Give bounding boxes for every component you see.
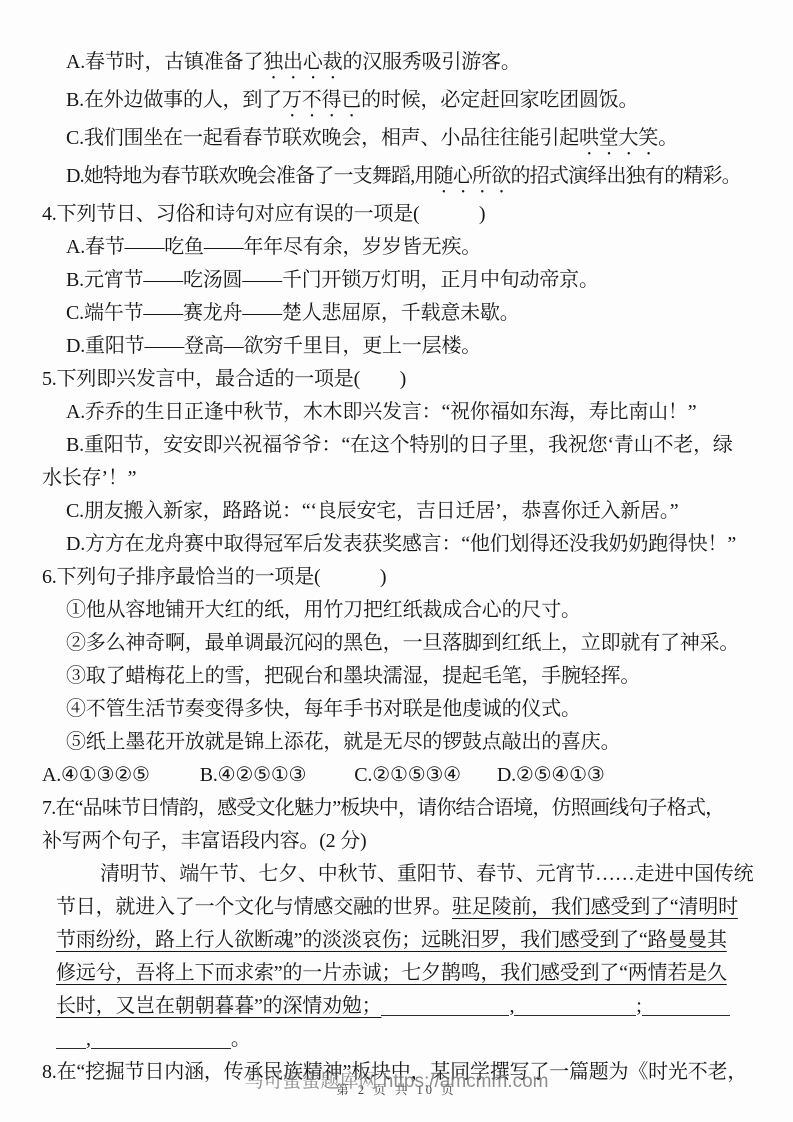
q6-sentence-2: ②多么神奇啊，最单调最沉闷的黑色，一旦落脚到红纸上，立即就有了神采。 [42, 627, 773, 660]
text-segment: ④不管生活节奏变得多快，每年手书对联是他虔诚的仪式。 [66, 698, 581, 720]
text-segment: 7.在“品味节日情韵，感受文化魅力”板块中，请你结合语境，仿照画线句子格式， [42, 797, 724, 819]
q4-stem: 4.下列节日、习俗和诗句对应有误的一项是( ) [42, 198, 773, 231]
text-segment: 4.下列节日、习俗和诗句对应有误的一项是( ) [42, 203, 485, 225]
underlined-text: 长时，又岂在朝朝暮暮”的深情劝勉； [56, 995, 381, 1017]
text-segment: 水长存’！” [42, 467, 136, 489]
text-segment: C.我们围坐在一起看春节联欢晚会，相声、小品往往能引起 [66, 127, 579, 149]
text-segment: 的招式演绎出独有的精彩。 [510, 165, 740, 187]
text-segment: A.乔乔的生日正逢中秋节，木木即兴发言：“祝你福如东海，寿比南山！” [66, 401, 696, 423]
text-segment: B.在外边做事的人，到了 [66, 89, 282, 111]
emphasized-text: 哄堂大笑 [579, 127, 658, 149]
answer-blank [91, 1029, 231, 1049]
emphasized-text: 随心所欲 [434, 165, 511, 187]
answer-blank [642, 996, 730, 1016]
answer-blank [381, 996, 509, 1016]
text-segment: 5.下列即兴发言中，最合适的一项是( ) [42, 368, 406, 390]
q7-paragraph-line-1: 清明节、端午节、七夕、中秋节、重阳节、春节、元宵节……走进中国传统 [42, 858, 773, 891]
emphasized-text: 万不得已 [282, 89, 361, 111]
text-segment: B.重阳节，安安即兴祝福爷爷：“在这个特别的日子里，我祝您‘青山不老，绿 [66, 434, 733, 456]
q7-stem-2: 补写两个句子，丰富语段内容。(2 分) [42, 825, 773, 858]
text-segment: A.春节时，古镇准备了 [66, 51, 263, 73]
q7-paragraph-line-4: 修远兮，吾将上下而求索”的一片赤诚；七夕鹊鸣，我们感受到了“两情若是久 [42, 957, 773, 990]
prev-question-option-b: B.在外边做事的人，到了万不得已的时候，必定赶回家吃团圆饭。 [42, 84, 773, 122]
text-segment: ③取了蜡梅花上的雪，把砚台和墨块濡湿，提起毛笔，手腕轻挥。 [66, 665, 640, 687]
q6-choices: A.④①③②⑤B.④②⑤①③C.②①⑤③④D.②⑤④①③ [42, 759, 773, 792]
answer-blank [56, 1029, 86, 1049]
emphasized-text: 独出心裁 [263, 51, 342, 73]
q7-paragraph-line-2: 节日，就进入了一个文化与情感交融的世界。驻足陵前，我们感受到了“清明时 [42, 891, 773, 924]
text-segment: 节日，就进入了一个文化与情感交融的世界。 [56, 896, 452, 918]
q5-option-b: B.重阳节，安安即兴祝福爷爷：“在这个特别的日子里，我祝您‘青山不老，绿 [42, 429, 773, 462]
prev-question-option-a: A.春节时，古镇准备了独出心裁的汉服秀吸引游客。 [42, 46, 773, 84]
exam-content: A.春节时，古镇准备了独出心裁的汉服秀吸引游客。B.在外边做事的人，到了万不得已… [42, 46, 773, 1089]
text-segment: B.④②⑤①③ [200, 764, 307, 786]
text-segment: D.方方在龙舟赛中取得冠军后发表获奖感言：“他们划得还没我奶奶跑得快！” [66, 533, 736, 555]
q6-stem: 6.下列句子排序最恰当的一项是( ) [42, 561, 773, 594]
text-segment: ⑤纸上墨花开放就是锦上添花，就是无尽的锣鼓点敲出的喜庆。 [66, 731, 620, 753]
text-segment: 的汉服秀吸引游客。 [342, 51, 520, 73]
text-segment: A.④①③②⑤ [42, 764, 150, 786]
text-segment: C.端午节——赛龙舟——楚人悲屈原，千载意未歇。 [66, 302, 520, 324]
text-segment: ②多么神奇啊，最单调最沉闷的黑色，一旦落脚到红纸上，立即就有了神采。 [66, 632, 739, 654]
q4-option-b: B.元宵节——吃汤圆——千门开锁万灯明，正月中旬动帝京。 [42, 264, 773, 297]
q7-stem-1: 7.在“品味节日情韵，感受文化魅力”板块中，请你结合语境，仿照画线句子格式， [42, 792, 773, 825]
q6-sentence-1: ①他从容地铺开大红的纸，用竹刀把红纸裁成合心的尺寸。 [42, 594, 773, 627]
q7-paragraph-line-3: 节雨纷纷，路上行人欲断魂”的淡淡哀伤；远眺汨罗，我们感受到了“路曼曼其 [42, 924, 773, 957]
text-segment: C.朋友搬入新家，路路说：“‘良辰安宅，吉日迁居’，恭喜你迁入新居。” [66, 500, 678, 522]
q5-option-b-cont: 水长存’！” [42, 462, 773, 495]
text-segment: D.她特地为春节联欢晚会准备了一支舞蹈,用 [66, 165, 434, 187]
q4-option-d: D.重阳节——登高—欲穷千里目，更上一层楼。 [42, 330, 773, 363]
prev-question-option-c: C.我们围坐在一起看春节联欢晚会，相声、小品往往能引起哄堂大笑。 [42, 122, 773, 160]
q5-stem: 5.下列即兴发言中，最合适的一项是( ) [42, 363, 773, 396]
text-segment: ①他从容地铺开大红的纸，用竹刀把红纸裁成合心的尺寸。 [66, 599, 581, 621]
text-segment: D.重阳节——登高—欲穷千里目，更上一层楼。 [66, 335, 481, 357]
q4-option-c: C.端午节——赛龙舟——楚人悲屈原，千载意未歇。 [42, 297, 773, 330]
q5-option-a: A.乔乔的生日正逢中秋节，木木即兴发言：“祝你福如东海，寿比南山！” [42, 396, 773, 429]
q7-paragraph-line-5: 长时，又岂在朝朝暮暮”的深情劝勉；,; [42, 990, 773, 1023]
q7-paragraph-line-6: ,。 [42, 1023, 773, 1056]
watermark: 马可蜜蜜题库网 https://amcmm.com [0, 1066, 793, 1093]
prev-question-option-d: D.她特地为春节联欢晚会准备了一支舞蹈,用随心所欲的招式演绎出独有的精彩。 [42, 160, 773, 198]
text-segment: 。 [658, 127, 678, 149]
text-segment: 。 [231, 1028, 251, 1050]
q6-sentence-4: ④不管生活节奏变得多快，每年手书对联是他虔诚的仪式。 [42, 693, 773, 726]
text-segment: C.②①⑤③④ [354, 764, 461, 786]
text-segment: 的时候，必定赶回家吃团圆饭。 [361, 89, 638, 111]
underlined-text: 驻足陵前，我们感受到了“清明时 [452, 896, 738, 918]
underlined-text: 节雨纷纷，路上行人欲断魂”的淡淡哀伤；远眺汨罗，我们感受到了“路曼曼其 [56, 929, 727, 951]
text-segment: 补写两个句子，丰富语段内容。(2 分) [42, 830, 367, 852]
text-segment: B.元宵节——吃汤圆——千门开锁万灯明，正月中旬动帝京。 [66, 269, 599, 291]
q5-option-c: C.朋友搬入新家，路路说：“‘良辰安宅，吉日迁居’，恭喜你迁入新居。” [42, 495, 773, 528]
text-segment: 6.下列句子排序最恰当的一项是( ) [42, 566, 386, 588]
q4-option-a: A.春节——吃鱼——年年尽有余，岁岁皆无疾。 [42, 231, 773, 264]
underlined-text: 修远兮，吾将上下而求索”的一片赤诚；七夕鹊鸣，我们感受到了“两情若是久 [56, 962, 727, 984]
q6-sentence-5: ⑤纸上墨花开放就是锦上添花，就是无尽的锣鼓点敲出的喜庆。 [42, 726, 773, 759]
exam-paper-page: A.春节时，古镇准备了独出心裁的汉服秀吸引游客。B.在外边做事的人，到了万不得已… [0, 0, 793, 1122]
text-segment: D.②⑤④①③ [497, 764, 605, 786]
answer-blank [514, 996, 636, 1016]
text-segment: A.春节——吃鱼——年年尽有余，岁岁皆无疾。 [66, 236, 481, 258]
text-segment: 清明节、端午节、七夕、中秋节、重阳节、春节、元宵节……走进中国传统 [100, 863, 753, 885]
q5-option-d: D.方方在龙舟赛中取得冠军后发表获奖感言：“他们划得还没我奶奶跑得快！” [42, 528, 773, 561]
q6-sentence-3: ③取了蜡梅花上的雪，把砚台和墨块濡湿，提起毛笔，手腕轻挥。 [42, 660, 773, 693]
